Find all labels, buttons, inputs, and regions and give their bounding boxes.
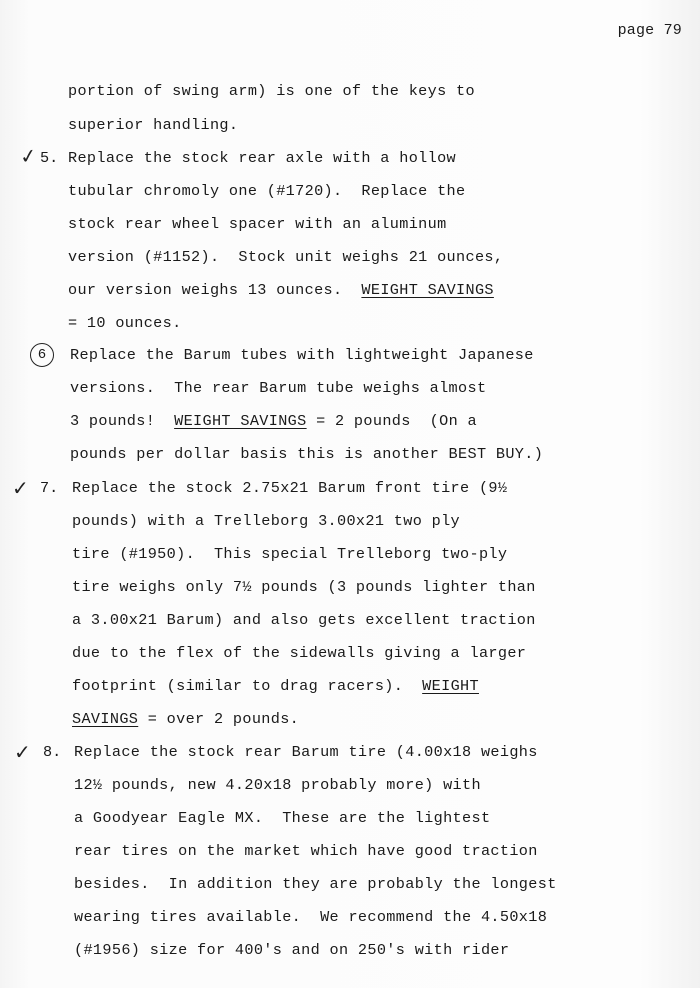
- item-number: 7.: [40, 479, 58, 497]
- text-line: our version weighs 13 ounces. WEIGHT SAV…: [68, 281, 494, 299]
- text-segment: = 2 pounds (On a: [307, 412, 477, 430]
- page-number: page 79: [618, 22, 682, 39]
- text-line: Replace the Barum tubes with lightweight…: [70, 346, 534, 364]
- text-segment: footprint (similar to drag racers).: [72, 677, 422, 695]
- weight-underlined: WEIGHT: [422, 677, 479, 695]
- text-line: versions. The rear Barum tube weighs alm…: [70, 379, 486, 397]
- text-line: Replace the stock 2.75x21 Barum front ti…: [72, 479, 507, 497]
- text-line: 12½ pounds, new 4.20x18 probably more) w…: [74, 776, 481, 794]
- circled-number-icon: 6: [30, 343, 54, 367]
- text-line: portion of swing arm) is one of the keys…: [68, 82, 475, 100]
- text-line: pounds) with a Trelleborg 3.00x21 two pl…: [72, 512, 460, 530]
- text-segment: 3 pounds!: [70, 412, 174, 430]
- text-line: besides. In addition they are probably t…: [74, 875, 557, 893]
- text-segment: = over 2 pounds.: [138, 710, 299, 728]
- text-line: stock rear wheel spacer with an aluminum: [68, 215, 447, 233]
- weight-savings-underlined: WEIGHT SAVINGS: [174, 412, 307, 430]
- text-line: tubular chromoly one (#1720). Replace th…: [68, 182, 466, 200]
- check-mark-icon: ✓: [18, 143, 38, 169]
- text-line: SAVINGS = over 2 pounds.: [72, 710, 299, 728]
- check-mark-icon: ✓: [14, 740, 31, 764]
- text-segment: our version weighs 13 ounces.: [68, 281, 361, 299]
- item-number: 5.: [40, 149, 58, 167]
- text-line: Replace the stock rear Barum tire (4.00x…: [74, 743, 538, 761]
- text-line: tire (#1950). This special Trelleborg tw…: [72, 545, 507, 563]
- text-line: a Goodyear Eagle MX. These are the light…: [74, 809, 490, 827]
- item-number: 8.: [43, 743, 61, 761]
- text-line: version (#1152). Stock unit weighs 21 ou…: [68, 248, 503, 266]
- text-line: 3 pounds! WEIGHT SAVINGS = 2 pounds (On …: [70, 412, 477, 430]
- text-line: tire weighs only 7½ pounds (3 pounds lig…: [72, 578, 536, 596]
- text-line: pounds per dollar basis this is another …: [70, 445, 543, 463]
- text-line: (#1956) size for 400's and on 250's with…: [74, 941, 509, 959]
- text-line: superior handling.: [68, 116, 238, 134]
- savings-underlined: SAVINGS: [72, 710, 138, 728]
- text-line: rear tires on the market which have good…: [74, 842, 538, 860]
- text-line: wearing tires available. We recommend th…: [74, 908, 547, 926]
- text-line: due to the flex of the sidewalls giving …: [72, 644, 526, 662]
- text-line: a 3.00x21 Barum) and also gets excellent…: [72, 611, 536, 629]
- text-line: = 10 ounces.: [68, 314, 182, 332]
- document-page: page 79 portion of swing arm) is one of …: [0, 0, 700, 988]
- check-mark-icon: ✓: [12, 476, 29, 500]
- text-line: footprint (similar to drag racers). WEIG…: [72, 677, 479, 695]
- text-line: Replace the stock rear axle with a hollo…: [68, 149, 456, 167]
- weight-savings-underlined: WEIGHT SAVINGS: [361, 281, 494, 299]
